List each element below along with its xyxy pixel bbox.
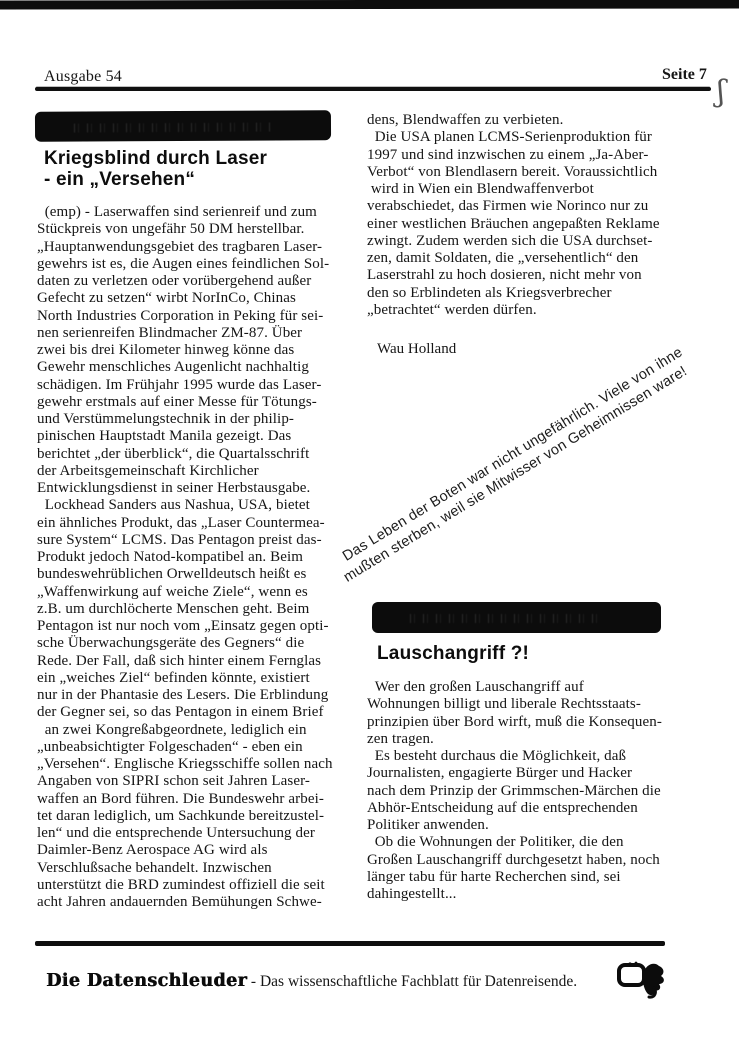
header-rule [35, 87, 711, 91]
illegible-inverted-text [71, 123, 272, 133]
section-header-bar-lauschangriff [372, 602, 661, 633]
magazine-tagline: - Das wissenschaftliche Fachblatt für Da… [251, 973, 577, 990]
article-laser-left-column: (emp) - Laserwaffen sind serienreif und … [37, 204, 377, 911]
page-top-border [0, 0, 739, 10]
article-laser-right-column: dens, Blendwaffen zu verbieten. Die USA … [367, 112, 712, 319]
article-lauschangriff-headline: Lauschangriff ?! [377, 643, 529, 664]
diagonal-annotation-line1: Das Leben der Boten war nicht ungefährli… [340, 344, 686, 564]
article-lauschangriff-column: Wer den großen Lauschangriff auf Wohnung… [367, 679, 712, 903]
scan-artifact-mark: ʃ [716, 74, 727, 109]
magazine-title: Die Datenschleuder [46, 971, 247, 991]
footer-rule [35, 941, 665, 946]
footer: Die Datenschleuder - Das wissenschaftlic… [46, 971, 577, 991]
article-laser-byline: Wau Holland [377, 341, 456, 358]
article-laser-headline: Kriegsblind durch Laser - ein „Versehen“ [44, 148, 267, 190]
page-number-label: Seite 7 [662, 66, 707, 84]
illegible-inverted-text [407, 614, 604, 623]
diagonal-annotation-line2: mußten sterben, weil sie Mitwisser von G… [341, 363, 690, 585]
scanned-magazine-page: Ausgabe 54 Seite 7 ʃ Kriegsblind durch L… [0, 0, 739, 1055]
footer-logo-icon [616, 956, 670, 1000]
issue-label: Ausgabe 54 [44, 68, 122, 86]
section-header-bar-laser [35, 110, 331, 142]
